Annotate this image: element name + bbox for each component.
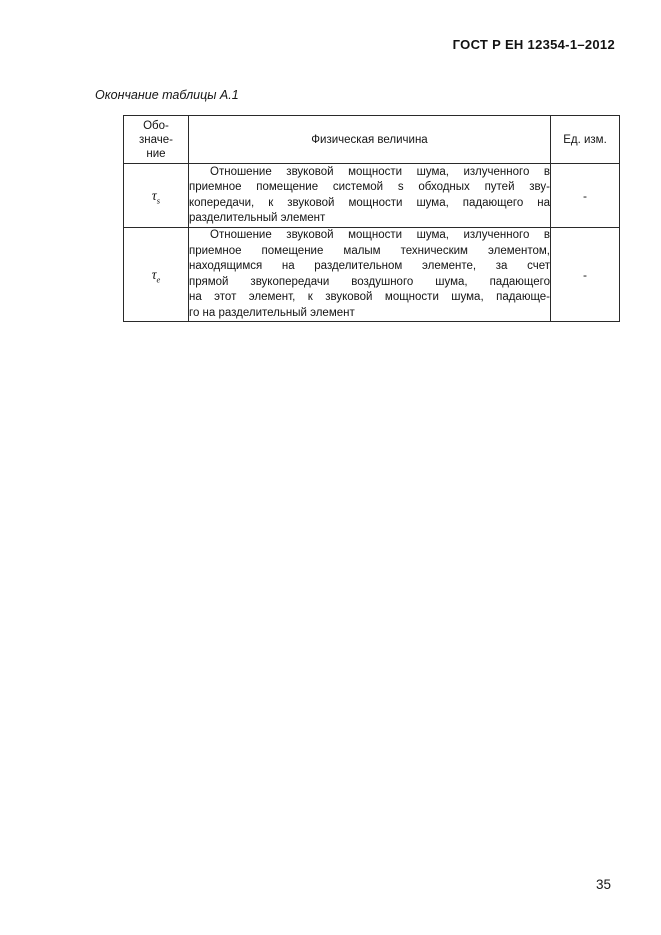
description-cell: Отношение звуковой мощности шума, излуче… (189, 164, 551, 228)
table-caption: Окончание таблицы А.1 (95, 88, 239, 102)
table-a1: Обо- значе- ние Физическая величина Ед. … (123, 115, 620, 322)
symbol-cell: τs (124, 164, 189, 228)
col-header-designation: Обо- значе- ние (124, 116, 189, 164)
description-cell: Отношение звуковой мощности шума, излуче… (189, 228, 551, 322)
description-line: Отношение звуковой мощности шума, излуче… (189, 228, 550, 244)
description-line: го на разделительный элемент (189, 306, 550, 322)
page-number: 35 (596, 877, 611, 892)
col-header-unit: Ед. изм. (551, 116, 620, 164)
table-body: τsОтношение звуковой мощности шума, излу… (124, 164, 620, 322)
description-line: находящимся на разделительном элементе, … (189, 259, 550, 275)
unit-cell: - (551, 164, 620, 228)
tau-symbol: τe (152, 267, 161, 282)
document-page: ГОСТ Р ЕН 12354-1–2012 Окончание таблицы… (0, 0, 661, 935)
col-header-quantity: Физическая величина (189, 116, 551, 164)
description-line: разделительный элемент (189, 211, 550, 227)
table-header-row: Обо- значе- ние Физическая величина Ед. … (124, 116, 620, 164)
symbol-cell: τe (124, 228, 189, 322)
table-row: τeОтношение звуковой мощности шума, излу… (124, 228, 620, 322)
description-line: на этот элемент, к звуковой мощности шум… (189, 290, 550, 306)
description-line: прямой звукопередачи воздушного шума, па… (189, 275, 550, 291)
table-row: τsОтношение звуковой мощности шума, излу… (124, 164, 620, 228)
description-line: копередачи, к звуковой мощности шума, па… (189, 196, 550, 212)
description-line: приемное помещение малым техническим эле… (189, 244, 550, 260)
tau-symbol: τs (152, 188, 160, 203)
description-line: Отношение звуковой мощности шума, излуче… (189, 165, 550, 181)
document-header: ГОСТ Р ЕН 12354-1–2012 (453, 37, 615, 52)
unit-cell: - (551, 228, 620, 322)
description-line: приемное помещение системой s обходных п… (189, 180, 550, 196)
